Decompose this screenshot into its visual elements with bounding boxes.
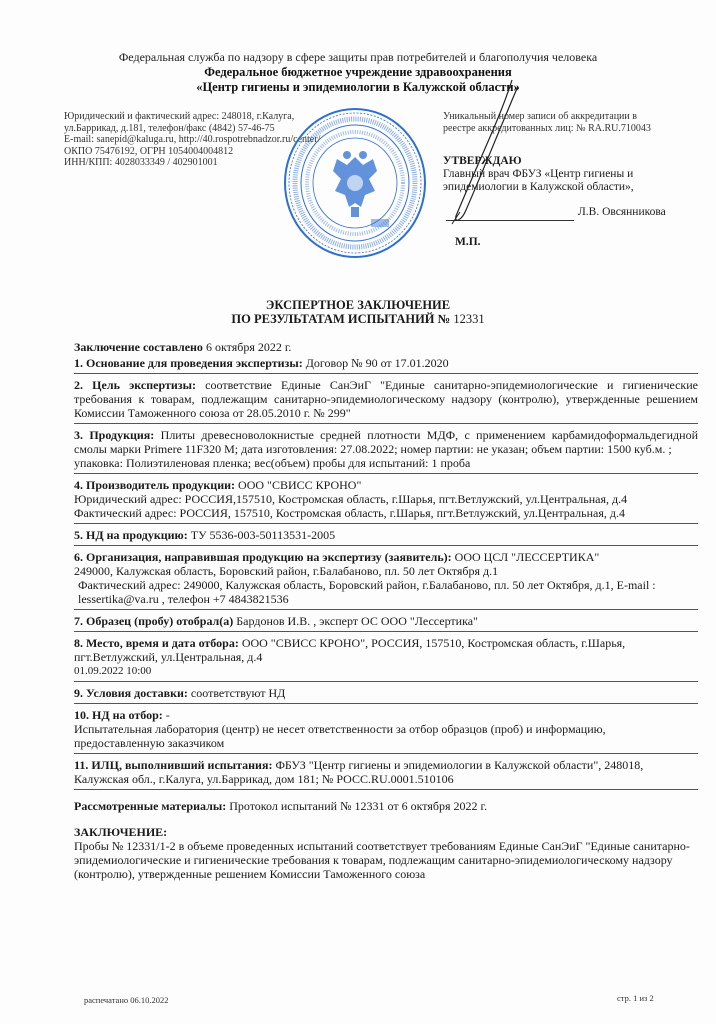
section-4-manufacturer: 4. Производитель продукции: ООО "СВИСС К…: [74, 477, 698, 524]
reviewed-materials: Рассмотренные материалы: Протокол испыта…: [74, 798, 698, 816]
section-7-sampler: 7. Образец (пробу) отобрал(а) Бардонов И…: [74, 613, 698, 632]
conclusion-label: ЗАКЛЮЧЕНИЕ:: [74, 825, 698, 839]
product-packaging: упаковка: Полиэтиленовая пленка; вес(объ…: [74, 456, 698, 470]
signer-name: Л.В. Овсянникова: [578, 206, 666, 218]
title-line2: ПО РЕЗУЛЬТАТАМ ИСПЫТАНИЙ №: [231, 312, 450, 326]
section-8-sampling-place: 8. Место, время и дата отбора: ООО "СВИС…: [74, 635, 698, 682]
compiled-date-value: 6 октября 2022 г.: [206, 340, 291, 354]
document-page: Федеральная служба по надзору в сфере за…: [0, 0, 716, 1024]
page-number: стр. 1 из 2: [617, 993, 654, 1003]
section-11-laboratory: 11. ИЛЦ, выполнивший испытания: ФБУЗ "Це…: [74, 757, 698, 790]
section-2-purpose: 2. Цель экспертизы: соответствие Единые …: [74, 377, 698, 424]
document-title: ЭКСПЕРТНОЕ ЗАКЛЮЧЕНИЕ ПО РЕЗУЛЬТАТАМ ИСП…: [0, 298, 716, 326]
sampling-datetime: 01.09.2022 10:00: [74, 664, 698, 678]
section-9-delivery: 9. Условия доставки: соответствуют НД: [74, 685, 698, 704]
header-agency: Федеральная служба по надзору в сфере за…: [0, 50, 716, 65]
conclusion: ЗАКЛЮЧЕНИЕ: Пробы № 12331/1-2 в объеме п…: [74, 824, 698, 884]
manufacturer-actual-address: Фактический адрес: РОССИЯ, 157510, Костр…: [74, 506, 698, 520]
official-seal-stamp-icon: [283, 107, 427, 259]
document-body: Заключение составлено 6 октября 2022 г. …: [74, 339, 698, 887]
section-5-product-standard: 5. НД на продукцию: ТУ 5536-003-50113531…: [74, 527, 698, 546]
printed-date: распечатано 06.10.2022: [84, 995, 169, 1005]
section-10-sampling-standard: 10. НД на отбор: - Испытательная лаборат…: [74, 707, 698, 754]
section-3-product: 3. Продукция: Плиты древесноволокнистые …: [74, 427, 698, 474]
applicant-legal-address: 249000, Калужская область, Боровский рай…: [74, 564, 698, 578]
seal-mark: М.П.: [455, 236, 481, 248]
document-number: 12331: [453, 312, 484, 326]
title-line1: ЭКСПЕРТНОЕ ЗАКЛЮЧЕНИЕ: [0, 298, 716, 312]
document-header: Федеральная служба по надзору в сфере за…: [0, 50, 716, 95]
header-institution: Федеральное бюджетное учреждение здравоо…: [0, 65, 716, 80]
section-6-applicant: 6. Организация, направившая продукцию на…: [74, 549, 698, 610]
applicant-actual-address: Фактический адрес: 249000, Калужская обл…: [74, 578, 698, 606]
manufacturer-legal-address: Юридический адрес: РОССИЯ,157510, Костро…: [74, 492, 698, 506]
sampling-disclaimer: Испытательная лаборатория (центр) не нес…: [74, 722, 698, 750]
compiled-date: Заключение составлено 6 октября 2022 г.: [74, 339, 698, 355]
conclusion-text: Пробы № 12331/1-2 в объеме проведенных и…: [74, 839, 698, 881]
section-1-basis: 1. Основание для проведения экспертизы: …: [74, 355, 698, 374]
header-center: «Центр гигиены и эпидемиологии в Калужск…: [0, 80, 716, 95]
signature-icon: [440, 78, 530, 228]
